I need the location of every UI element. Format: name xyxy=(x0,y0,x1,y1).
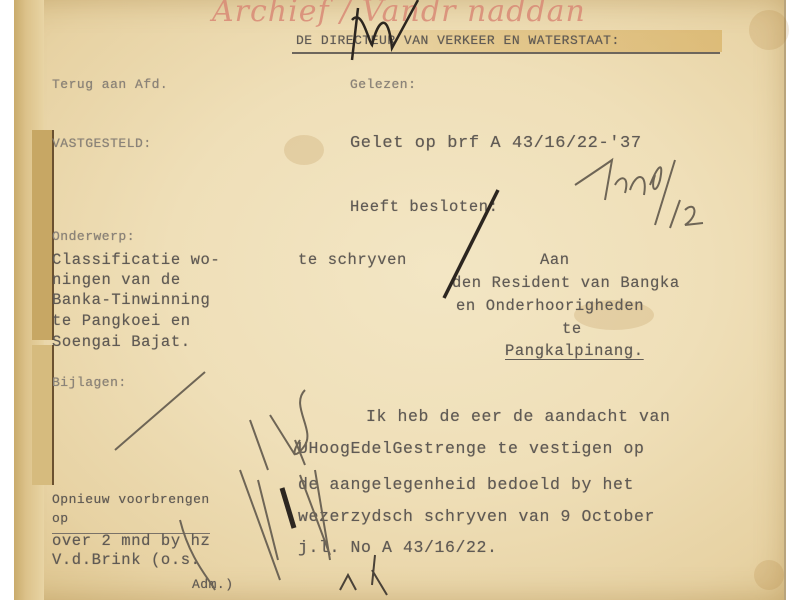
bijlagen-label: Bijlagen: xyxy=(52,376,127,389)
document-header: DE DIRECTEUR VAN VERKEER EN WATERSTAAT: xyxy=(296,34,620,47)
te-schryven: te schryven xyxy=(298,253,407,269)
onderwerp-line: Classificatie wo- xyxy=(52,253,220,269)
addressee-line: Aan xyxy=(540,253,570,269)
stain xyxy=(284,135,324,165)
body-line: wezerzydsch schryven van 9 October xyxy=(298,509,655,526)
addressee-line: te xyxy=(562,322,582,338)
body-line: Ik heb de eer de aandacht van xyxy=(366,409,671,426)
besloten-line: Heeft besloten: xyxy=(350,200,499,216)
addressee-line: en Onderhoorigheden xyxy=(456,299,644,315)
stain xyxy=(754,560,784,590)
onderwerp-line: te Pangkoei en xyxy=(52,314,191,330)
archive-stamp: Archief / Vandr naddan xyxy=(212,0,586,29)
onderwerp-label: Onderwerp: xyxy=(52,230,135,243)
onderwerp-line: Banka-Tinwinning xyxy=(52,293,210,309)
body-line: j.l. No A 43/16/22. xyxy=(298,540,498,557)
onderwerp-line: Soengai Bajat. xyxy=(52,335,191,351)
gelezen-label: Gelezen: xyxy=(350,78,416,91)
footer-line: over 2 mnd by hz xyxy=(52,533,210,550)
binding-fold xyxy=(32,345,54,485)
onderwerp-line: ningen van de xyxy=(52,273,181,289)
vastgesteld-label: VASTGESTELD: xyxy=(52,137,152,150)
addressee-city: Pangkalpinang. xyxy=(505,344,644,360)
footer-line: Adm.) xyxy=(192,578,234,591)
body-line: UHoogEdelGestrenge te vestigen op xyxy=(298,441,645,458)
footer-line: V.d.Brink (o.s. xyxy=(52,553,201,569)
addressee-line: den Resident van Bangka xyxy=(452,276,680,292)
body-line: de aangelegenheid bedoeld by het xyxy=(298,477,634,494)
header-underline xyxy=(292,52,720,54)
stain xyxy=(749,10,789,50)
gelet-line: Gelet op brf A 43/16/22-'37 xyxy=(350,135,642,152)
footer-line: op xyxy=(52,512,69,525)
footer-line: Opnieuw voorbrengen xyxy=(52,493,210,506)
page-edge xyxy=(784,0,786,600)
terug-label: Terug aan Afd. xyxy=(52,78,168,91)
binding-fold xyxy=(32,130,54,340)
